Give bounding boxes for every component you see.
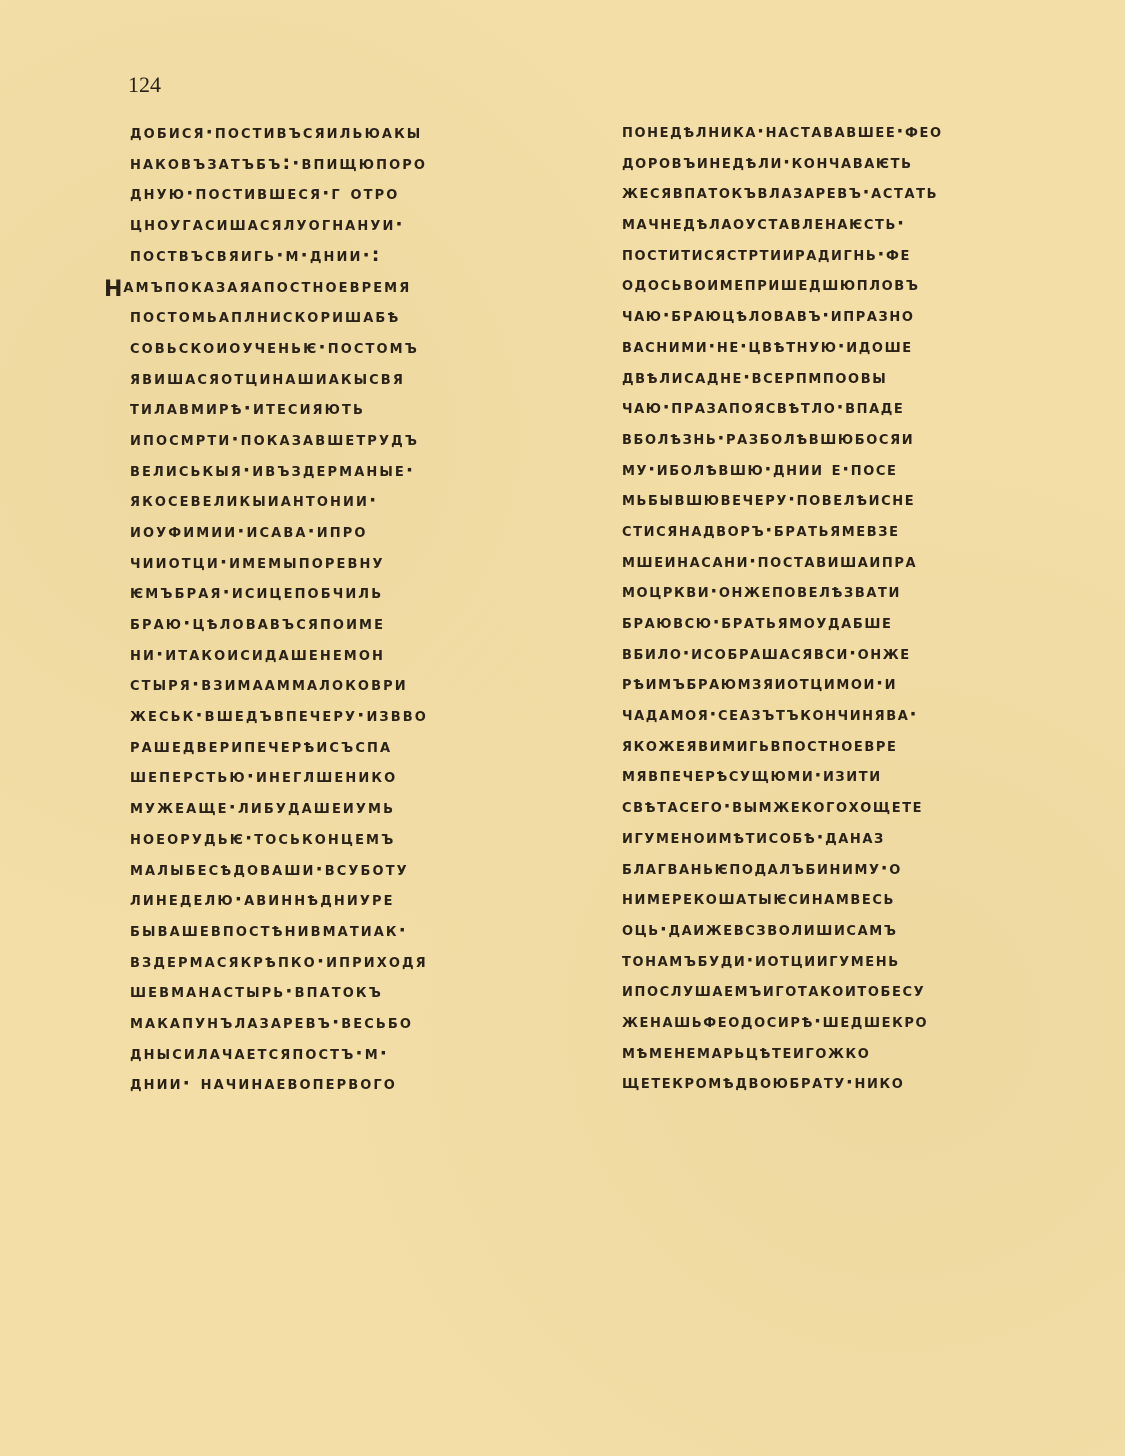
manuscript-line: нимерекошатыѥсинамвесь (622, 884, 1092, 915)
manuscript-line: иоуфимии·исава·ипро (130, 516, 580, 547)
manuscript-line: свѣтасего·вымжекогохощете (622, 792, 1092, 823)
manuscript-line-with-initial: Намъпоказаяапостноевремя (104, 270, 580, 301)
manuscript-line: чииотци·имемыпоревну (130, 547, 580, 578)
manuscript-line: вболѣзнь·разболѣвшюбосяи (622, 424, 1092, 455)
manuscript-line: велиськыя·ивъздерманые· (130, 455, 580, 486)
manuscript-line: одосьвоимепришедшюпловъ (622, 270, 1092, 301)
manuscript-line: совьскоиоученьѥ·постомъ (130, 332, 580, 363)
manuscript-line: ѥмъбрая·исицепобчиль (130, 577, 580, 608)
right-text-column: понедѣлника·настававшее·фео доровъинедѣл… (622, 117, 1092, 1099)
manuscript-line: поститисястртиирадигнь·фе (622, 240, 1092, 271)
manuscript-line-final: днии· Начинаевопервого (130, 1068, 580, 1099)
manuscript-line: женашьфеодосирѣ·шедшекро (622, 1007, 1092, 1038)
manuscript-line: макапунълазаревъ·весьбо (130, 1007, 580, 1038)
manuscript-line: рѣимъбраюмзяиотцимои·и (622, 669, 1092, 700)
manuscript-line: мачнедѣлаоуставленаѥсть· (622, 209, 1092, 240)
manuscript-line: рашедверипечерѣисъспа (130, 731, 580, 762)
manuscript-line: щетекромѣдвоюбрату·нико (622, 1068, 1092, 1099)
manuscript-line: дную·постившеся·г отро (130, 178, 580, 209)
manuscript-line: чаю·браюцѣловавъ·ипразно (622, 301, 1092, 332)
manuscript-line: линеделю·авиннѣдниуре (130, 884, 580, 915)
manuscript-line: ипослушаемъиготакоитобесу (622, 976, 1092, 1007)
manuscript-line: чаю·празапоясвѣтло·впаде (622, 393, 1092, 424)
manuscript-line: двѣлисадне·всерпмпоовы (622, 363, 1092, 394)
manuscript-line: якосевеликыиантонии· (130, 485, 580, 516)
line-tail: Начинаевопервого (201, 1072, 397, 1094)
manuscript-line: тилавмирѣ·итесияють (130, 393, 580, 424)
manuscript-line: понедѣлника·настававшее·фео (622, 117, 1092, 148)
manuscript-line: му·иболѣвшю·днии е·посе (622, 455, 1092, 486)
manuscript-line: бывашевпостѣнивматиак· (130, 915, 580, 946)
manuscript-line: стыря·взимааммалоковри (130, 669, 580, 700)
manuscript-line: вздермасякрѣпко·иприходя (130, 946, 580, 977)
manuscript-line: постомьаплнискоришабѣ (130, 301, 580, 332)
manuscript-line: шеперстью·инеглшенико (130, 761, 580, 792)
manuscript-line: явишасяотцинашиакысвя (130, 363, 580, 394)
manuscript-line: мѣменемарьцѣтеигожко (622, 1038, 1092, 1069)
manuscript-line: добися·постивъсяильюакы (130, 117, 580, 148)
initial-line-text: амъпоказаяапостноевремя (123, 275, 411, 297)
manuscript-line: игуменоимѣтисобѣ·даназ (622, 823, 1092, 854)
manuscript-line: поствъсвяигь·м·днии·: (130, 240, 580, 271)
manuscript-line: стисянадворъ·братьямевзе (622, 516, 1092, 547)
manuscript-line: оць·даижевсзволишисамъ (622, 915, 1092, 946)
manuscript-line: тонамъбуди·иотциигумень (622, 946, 1092, 977)
manuscript-line: днысилачаетсяпостъ·м· (130, 1038, 580, 1069)
manuscript-line: благваньѥподалъбиниму·о (622, 854, 1092, 885)
manuscript-line: наковъзатъбъ:·впищюпоро (130, 148, 580, 179)
manuscript-line: мявпечерѣсущюми·изити (622, 761, 1092, 792)
manuscript-line: васними·не·цвѣтную·идоше (622, 332, 1092, 363)
line-start: днии· (130, 1072, 192, 1094)
manuscript-line: жеськ·вшедъвпечеру·извво (130, 700, 580, 731)
manuscript-line: мшеинасани·поставишаипра (622, 547, 1092, 578)
manuscript-line: шевманастырь·впатокъ (130, 976, 580, 1007)
manuscript-line: жесявпатокъвлазаревъ·астать (622, 178, 1092, 209)
manuscript-line: мужеаще·либудашеиумь (130, 792, 580, 823)
manuscript-line: ни·итакоисидашенемон (130, 639, 580, 670)
manuscript-line: браювсю·братьямоудабше (622, 608, 1092, 639)
manuscript-line: ноеорудьѥ·тоськонцемъ (130, 823, 580, 854)
manuscript-line: малыбесѣдоваши·всуботу (130, 854, 580, 885)
left-text-column: добися·постивъсяильюакы наковъзатъбъ:·вп… (130, 117, 580, 1099)
manuscript-line: доровъинедѣли·кончаваѥть (622, 148, 1092, 179)
manuscript-line: цноугасишасялуогнануи· (130, 209, 580, 240)
manuscript-line: ипосмрти·показавшетрудъ (130, 424, 580, 455)
initial-letter: Н (104, 270, 122, 301)
manuscript-line: чадамоя·сеазътъкончинява· (622, 700, 1092, 731)
manuscript-line: моцркви·онжеповелѣзвати (622, 577, 1092, 608)
manuscript-line: мьбывшювечеру·повелѣисне (622, 485, 1092, 516)
manuscript-line: вбило·исобрашасявси·онже (622, 639, 1092, 670)
manuscript-line: якожеявимигьвпостноевре (622, 731, 1092, 762)
page-number: 124 (128, 72, 161, 98)
manuscript-line: браю·цѣловавъсяпоиме (130, 608, 580, 639)
